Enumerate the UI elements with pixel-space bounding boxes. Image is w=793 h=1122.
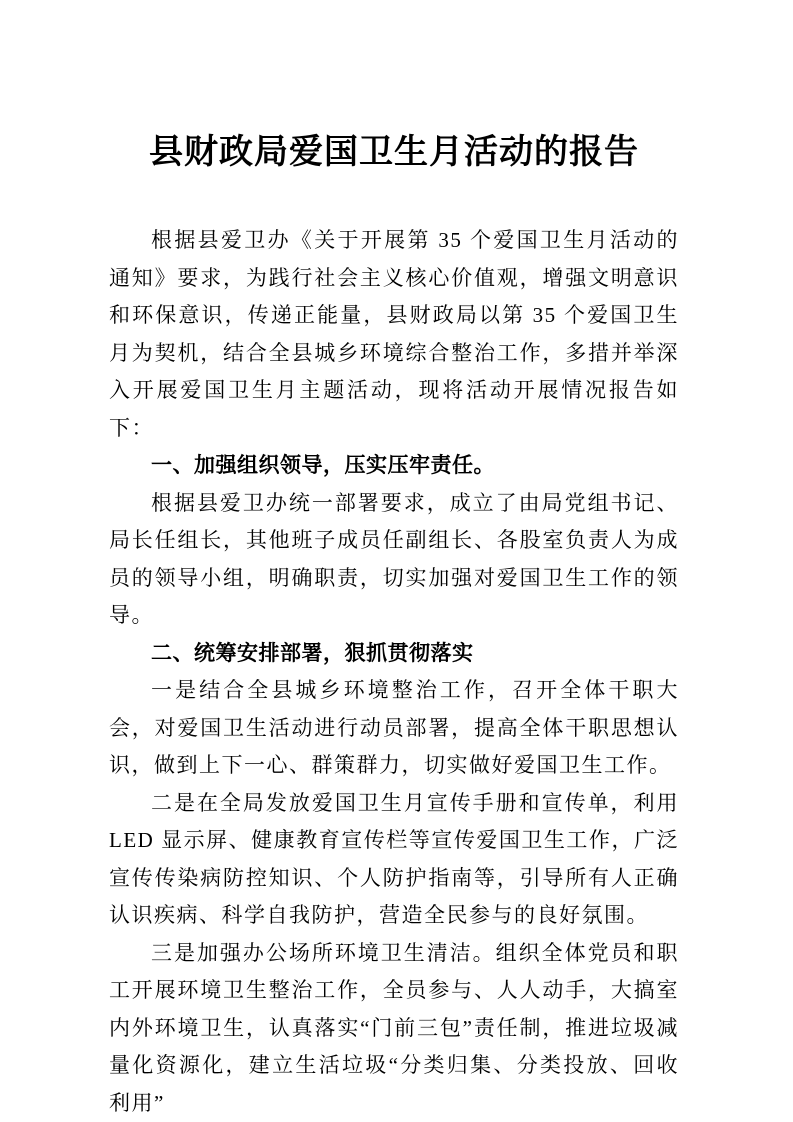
document-title: 县财政局爱国卫生月活动的报告 — [109, 123, 679, 183]
section-heading-2: 二、统筹安排部署，狠抓贯彻落实 — [109, 635, 679, 673]
paragraph-section-2-item-3: 三是加强办公场所环境卫生清洁。组织全体党员和职工开展环境卫生整治工作，全员参与、… — [109, 935, 679, 1122]
paragraph-section-2-item-1: 一是结合全县城乡环境整治工作，召开全体干职大会，对爱国卫生活动进行动员部署，提高… — [109, 672, 679, 785]
paragraph-section-1: 根据县爱卫办统一部署要求，成立了由局党组书记、局长任组长，其他班子成员任副组长、… — [109, 485, 679, 635]
document-page: 县财政局爱国卫生月活动的报告 根据县爱卫办《关于开展第 35 个爱国卫生月活动的… — [0, 0, 793, 1122]
section-heading-1: 一、加强组织领导，压实压牢责任。 — [109, 447, 679, 485]
paragraph-section-2-item-2: 二是在全局发放爱国卫生月宣传手册和宣传单，利用 LED 显示屏、健康教育宣传栏等… — [109, 785, 679, 935]
paragraph-intro: 根据县爱卫办《关于开展第 35 个爱国卫生月活动的通知》要求，为践行社会主义核心… — [109, 222, 679, 447]
